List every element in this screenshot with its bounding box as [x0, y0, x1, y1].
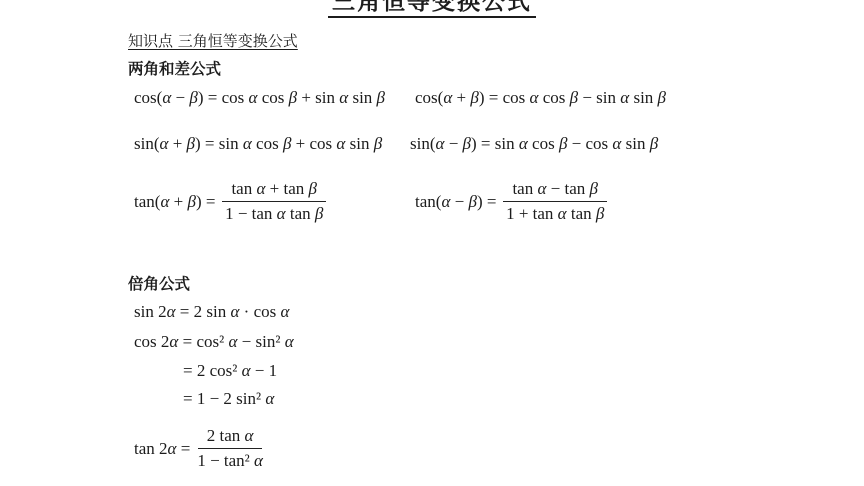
fraction: tan α + tan β 1 − tan α tan β: [222, 179, 326, 224]
document-title: 三角恒等变换公式: [0, 0, 864, 16]
formula-tan-sum: tan(α + β) = tan α + tan β 1 − tan α tan…: [134, 179, 326, 224]
formula-cos-2a-line1: cos 2α = cos² α − sin² α: [134, 332, 294, 352]
formula-cos-sum: cos(α + β) = cos α cos β − sin α sin β: [415, 88, 666, 108]
formula-sin-diff: sin(α − β) = sin α cos β − cos α sin β: [410, 134, 658, 154]
knowledge-point-heading: 知识点 三角恒等变换公式: [128, 30, 298, 51]
formula-sin-2a: sin 2α = 2 sin α · cos α: [134, 302, 289, 322]
fraction-numerator: 2 tan α: [198, 426, 263, 449]
fraction: tan α − tan β 1 + tan α tan β: [503, 179, 607, 224]
section-heading-sum-diff: 两角和差公式: [128, 57, 221, 79]
formula-tan-2a: tan 2α = 2 tan α 1 − tan² α: [134, 426, 263, 471]
formula-tan-diff-lhs: tan(α − β) =: [415, 192, 496, 212]
formula-cos-2a-line3: = 1 − 2 sin² α: [183, 389, 274, 409]
section-heading-double-angle: 倍角公式: [128, 272, 190, 294]
formula-tan-2a-lhs: tan 2α =: [134, 439, 190, 459]
document-title-text: 三角恒等变换公式: [328, 0, 536, 18]
fraction: 2 tan α 1 − tan² α: [197, 426, 263, 471]
formula-tan-sum-lhs: tan(α + β) =: [134, 192, 215, 212]
fraction-numerator: tan α + tan β: [222, 179, 326, 202]
formula-cos-diff: cos(α − β) = cos α cos β + sin α sin β: [134, 88, 385, 108]
formula-cos-2a-line2: = 2 cos² α − 1: [183, 361, 277, 381]
fraction-denominator: 1 − tan α tan β: [225, 202, 323, 224]
fraction-denominator: 1 − tan² α: [197, 449, 263, 471]
fraction-denominator: 1 + tan α tan β: [506, 202, 604, 224]
fraction-numerator: tan α − tan β: [503, 179, 607, 202]
formula-sin-sum: sin(α + β) = sin α cos β + cos α sin β: [134, 134, 382, 154]
formula-tan-diff: tan(α − β) = tan α − tan β 1 + tan α tan…: [415, 179, 607, 224]
document-page: 三角恒等变换公式 知识点 三角恒等变换公式 两角和差公式 cos(α − β) …: [0, 0, 864, 486]
